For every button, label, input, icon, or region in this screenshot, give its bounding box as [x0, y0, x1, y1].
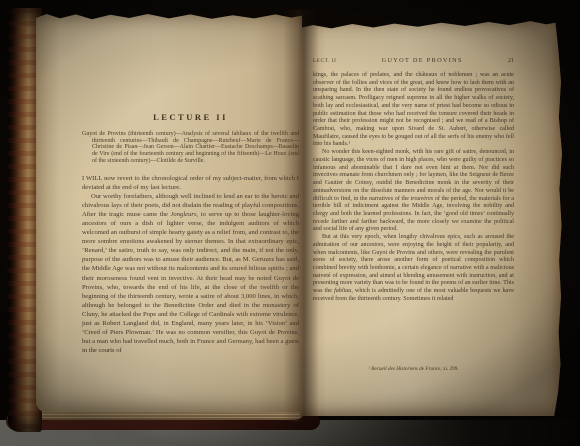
text-run: But at this very epoch, when lengthy chi… [313, 234, 514, 294]
italic-text: trouvères [411, 196, 434, 202]
lecture-summary: Guyot de Provins (thirteenth century)—An… [82, 131, 299, 165]
italic-text: fabliau [334, 288, 351, 294]
book-photo: LECTURE II Guyot de Provins (thirteenth … [0, 0, 580, 446]
left-page-body: I WILL now revert to the chronological o… [82, 174, 299, 356]
text-run: , xi. 299. [440, 366, 458, 372]
lecture-heading: LECTURE II [82, 112, 299, 122]
paragraph: ¹ Recueil des Historiens de France, xi. … [313, 366, 514, 372]
text-run: I WILL now revert to the chronological o… [82, 175, 299, 191]
italic-text: Jongleurs [171, 211, 197, 218]
text-run: kings, the palaces of prelates, and the … [313, 72, 514, 147]
header-section-label: LECT. II [313, 58, 336, 64]
footnote: ¹ Recueil des Historiens de France, xi. … [313, 366, 514, 372]
right-page-body: kings, the palaces of prelates, and the … [313, 72, 514, 304]
page-number: 21 [508, 58, 514, 64]
paragraph: I WILL now revert to the chronological o… [82, 174, 299, 192]
left-page-text: LECTURE II Guyot de Provins (thirteenth … [82, 112, 299, 355]
text-run: , to serve up to those laughter-loving a… [82, 211, 299, 354]
italic-text: Recueil des Historiens de France [371, 366, 440, 372]
running-header: LECT. II GUYOT DE PROVINS 21 [313, 57, 514, 64]
text-run: No wonder this keen-sighted monk, with h… [313, 149, 514, 201]
header-chapter-title: GUYOT DE PROVINS [382, 57, 463, 64]
paragraph: But at this very epoch, when lengthy chi… [313, 234, 514, 303]
paragraph: No wonder this keen-sighted monk, with h… [313, 149, 514, 234]
paragraph: Our worthy forefathers, although well in… [82, 192, 299, 356]
paragraph: kings, the palaces of prelates, and the … [313, 72, 514, 149]
